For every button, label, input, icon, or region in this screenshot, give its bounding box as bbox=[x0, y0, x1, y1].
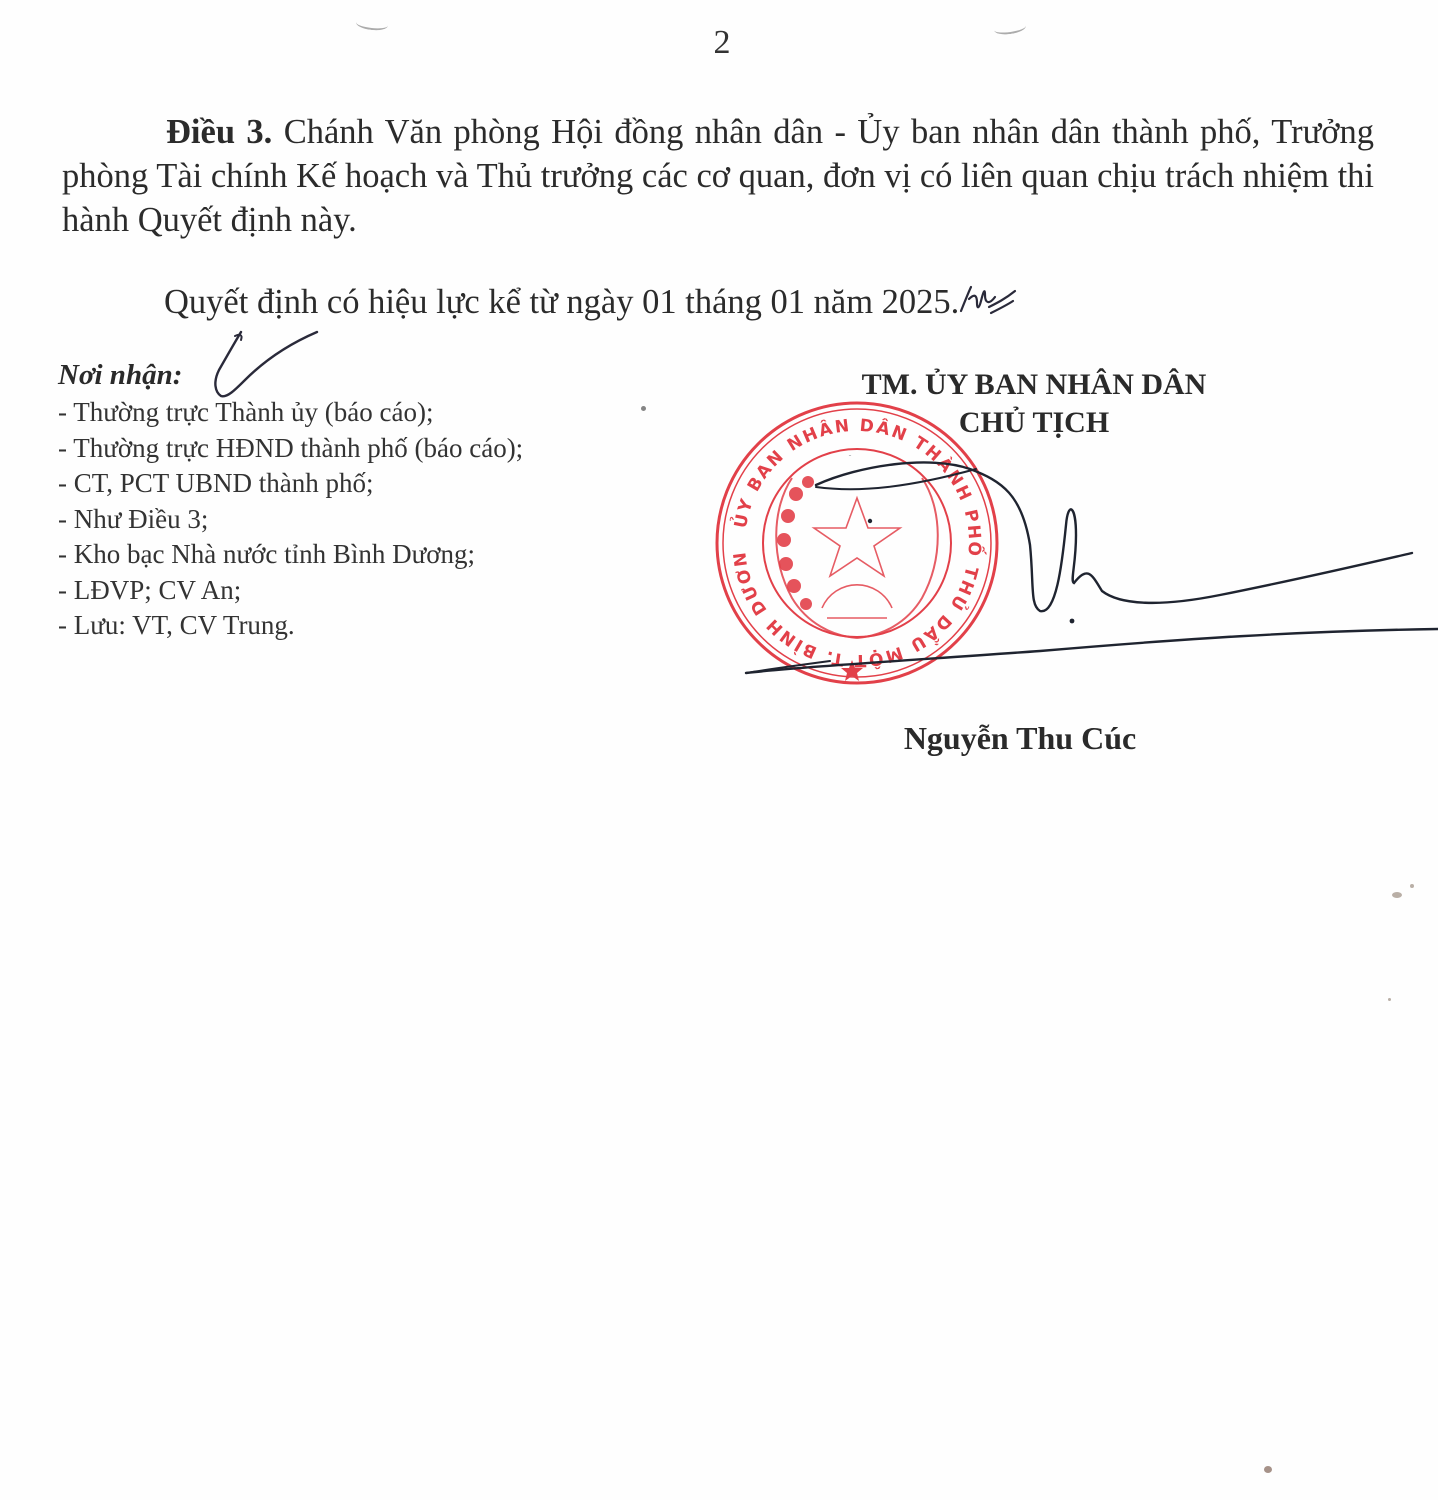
article-heading: Điều 3. bbox=[166, 113, 272, 151]
effective-date-text: Quyết định có hiệu lực kể từ ngày 01 thá… bbox=[164, 283, 959, 321]
recipient-item: - Thường trực Thành ủy (báo cáo); bbox=[58, 395, 678, 431]
recipients-list: - Thường trực Thành ủy (báo cáo); - Thườ… bbox=[58, 395, 678, 644]
recipients-title: Nơi nhận: bbox=[58, 355, 678, 395]
effective-date-statement: Quyết định có hiệu lực kể từ ngày 01 thá… bbox=[164, 280, 1017, 324]
article-3-paragraph: Điều 3. Chánh Văn phòng Hội đồng nhân dâ… bbox=[62, 110, 1374, 242]
recipient-item: - Thường trực HĐND thành phố (báo cáo); bbox=[58, 431, 678, 467]
scan-speck bbox=[1264, 1466, 1272, 1473]
page-number: 2 bbox=[0, 24, 1438, 62]
initials-mark-icon bbox=[959, 283, 1017, 317]
recipient-item: - Như Điều 3; bbox=[58, 502, 678, 538]
signer-title: CHỦ TỊCH bbox=[760, 404, 1308, 442]
scan-speck bbox=[1392, 892, 1402, 898]
recipient-item: - CT, PCT UBND thành phố; bbox=[58, 466, 678, 502]
signer-name: Nguyễn Thu Cúc bbox=[760, 720, 1280, 757]
recipient-item: - Lưu: VT, CV Trung. bbox=[58, 608, 678, 644]
recipient-item: - LĐVP; CV An; bbox=[58, 573, 678, 609]
handwritten-signature-icon bbox=[740, 455, 1438, 685]
scan-speck bbox=[1388, 998, 1391, 1001]
scan-speck bbox=[1410, 884, 1414, 888]
document-page: 2 Điều 3. Chánh Văn phòng Hội đồng nhân … bbox=[0, 0, 1438, 1500]
signer-block: TM. ỦY BAN NHÂN DÂN CHỦ TỊCH bbox=[760, 366, 1308, 442]
scan-speck bbox=[641, 406, 646, 411]
recipient-item: - Kho bạc Nhà nước tỉnh Bình Dương; bbox=[58, 537, 678, 573]
recipients-section: Nơi nhận: - Thường trực Thành ủy (báo cá… bbox=[58, 355, 678, 644]
